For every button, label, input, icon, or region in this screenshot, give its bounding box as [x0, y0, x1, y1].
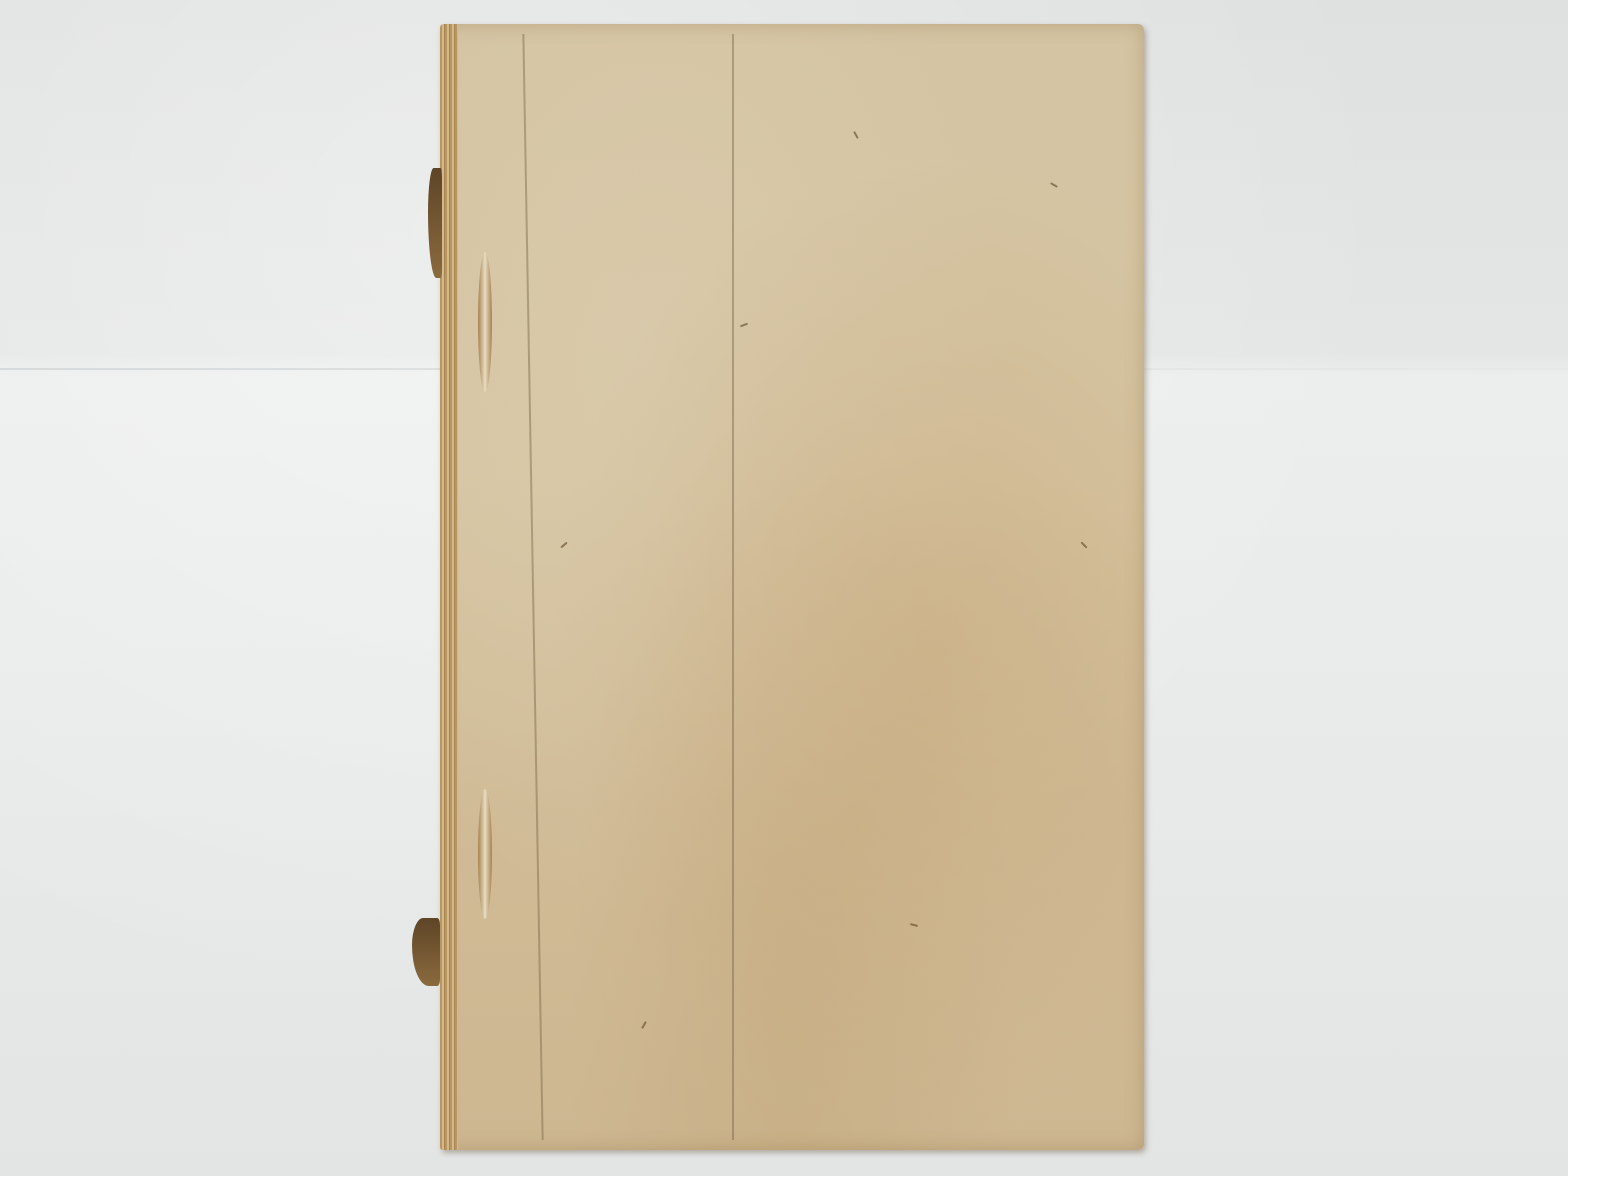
binding-stitch	[478, 252, 492, 392]
paper-fleck	[853, 131, 859, 139]
book-spine-edge	[440, 24, 458, 1150]
thread-tuft	[428, 168, 442, 278]
book-cover	[440, 24, 1144, 1150]
fold-crease	[522, 34, 543, 1140]
paper-fleck	[740, 323, 748, 328]
paper-fleck	[1050, 182, 1058, 188]
paper-fleck	[560, 542, 567, 549]
paper-fleck	[910, 923, 918, 927]
paper-fleck	[641, 1021, 647, 1029]
paper-fleck	[1080, 541, 1087, 548]
binding-stitch	[478, 789, 492, 919]
fold-crease	[732, 34, 734, 1140]
